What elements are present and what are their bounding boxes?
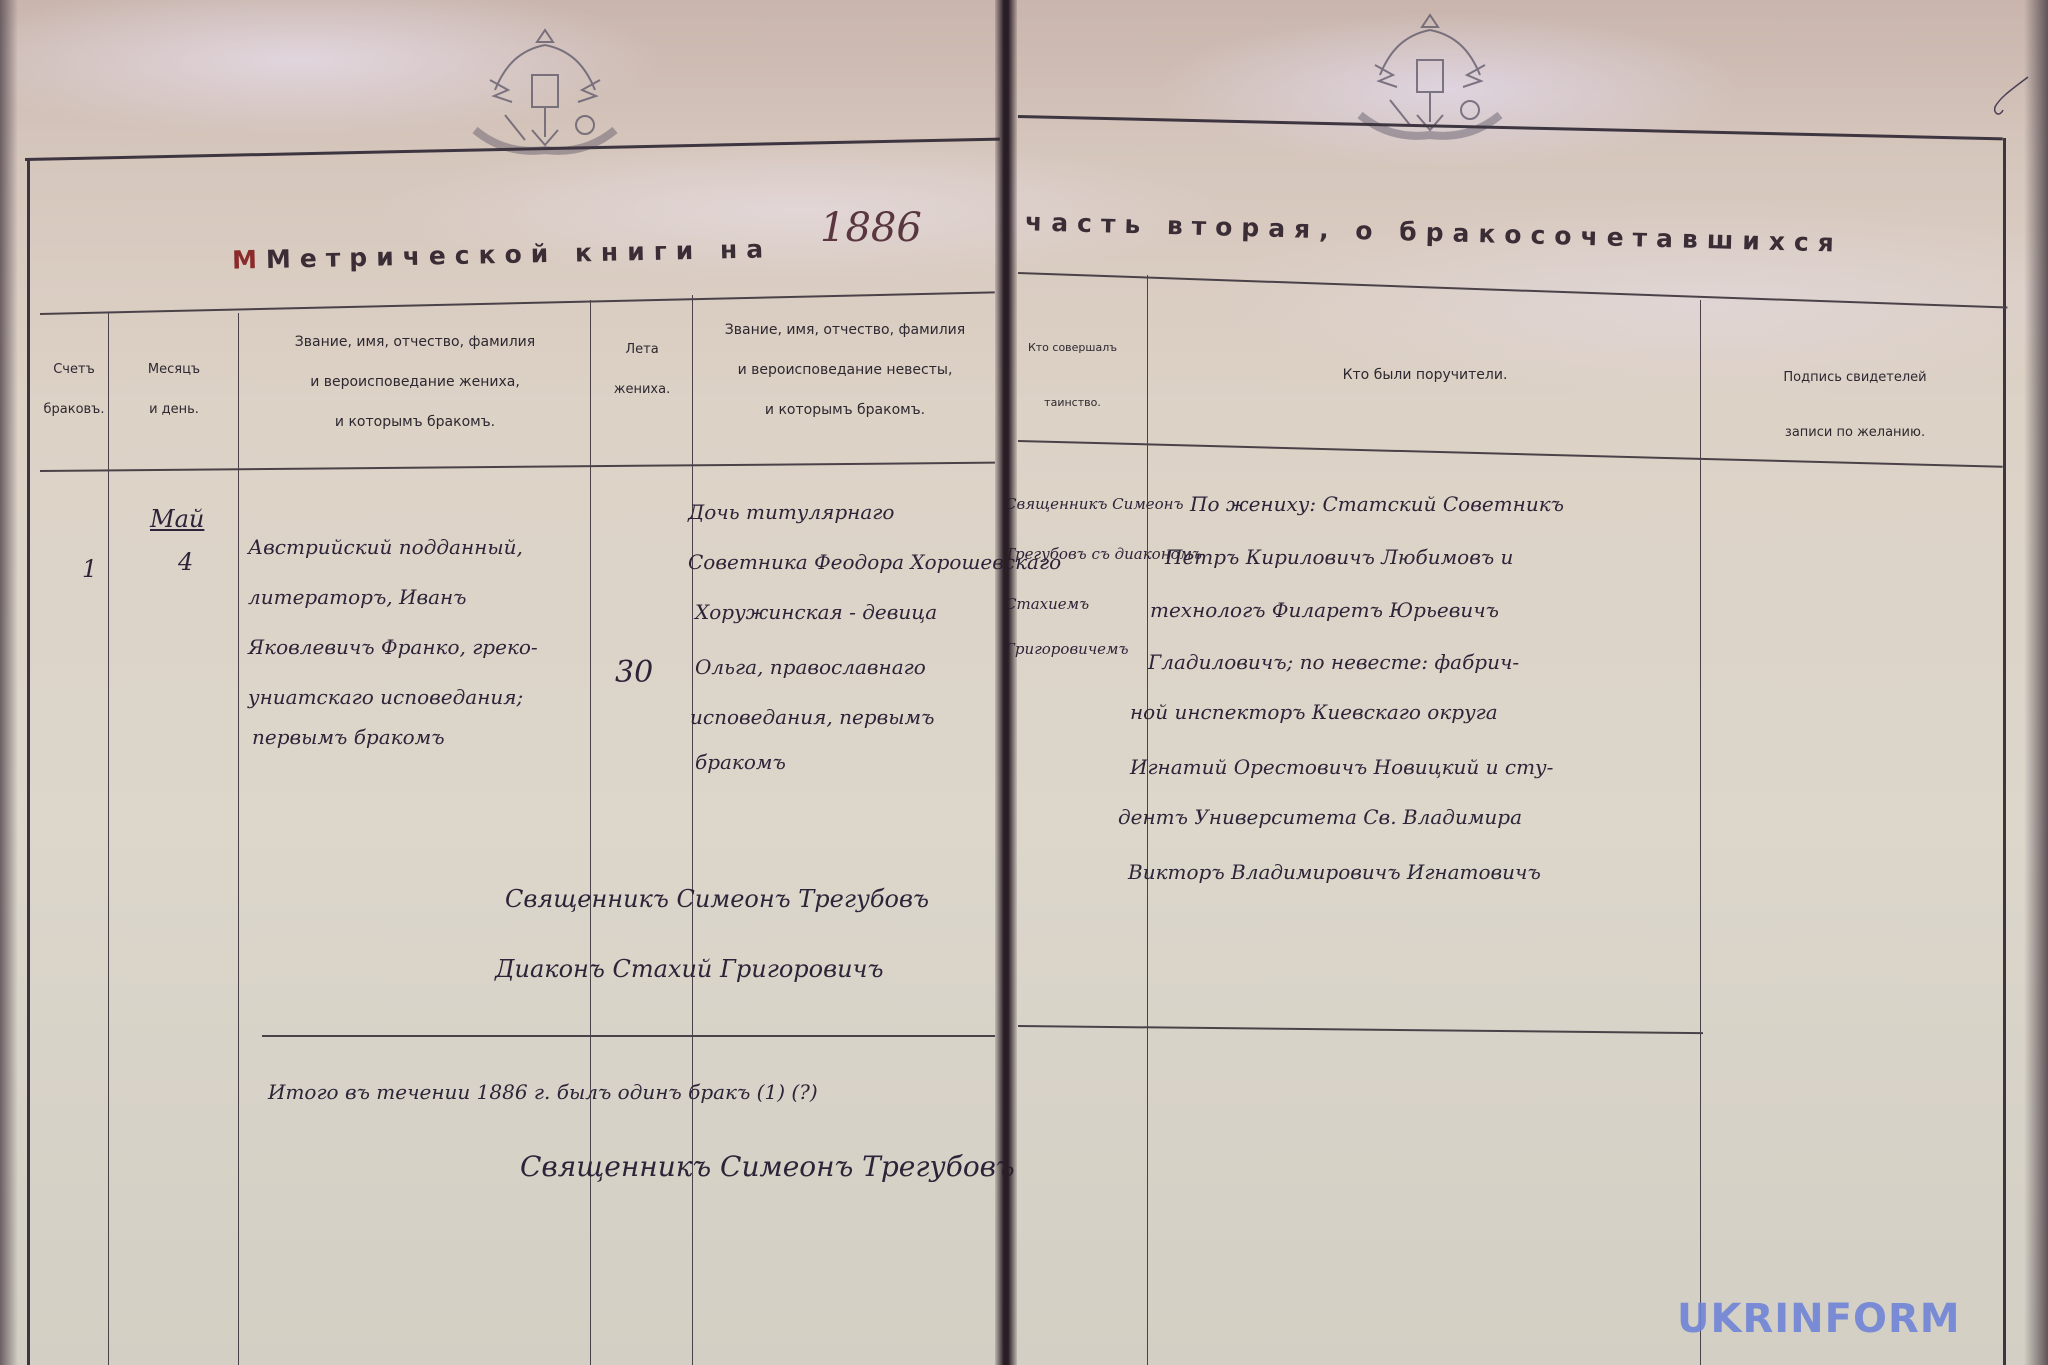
header-performed-by: Кто совершалъ таинство.: [1000, 320, 1145, 430]
book-spine: [995, 0, 1017, 1365]
header-bottom-line-left: [40, 462, 995, 472]
performed-by-line: Священникъ Симеонъ: [1005, 495, 1184, 513]
guarantor-line: Гладиловичъ; по невесте: фабрич-: [1148, 650, 1519, 674]
guarantor-line: Игнатий Орестовичъ Новицкий и сту-: [1130, 755, 1553, 779]
header-line: и вероисповедание невесты,: [695, 350, 995, 390]
performed-by-line: Григоровичемъ: [1005, 640, 1128, 658]
title-year: 1886: [820, 205, 922, 251]
header-line: Звание, имя, отчество, фамилия: [240, 322, 590, 362]
header-line: и которымъ бракомъ.: [240, 402, 590, 442]
title-left: ММетрической книги на: [232, 234, 773, 274]
bride-line: бракомъ: [695, 750, 786, 774]
header-line: Месяцъ: [112, 350, 236, 390]
guarantor-line: Викторъ Владимировичъ Игнатовичъ: [1128, 860, 1541, 884]
header-bride: Звание, имя, отчество, фамилия и вероисп…: [695, 310, 995, 430]
footer-summary: Итого въ течении 1886 г. былъ одинъ брак…: [268, 1080, 818, 1104]
groom-line: Австрийский подданный,: [248, 535, 523, 559]
header-groom: Звание, имя, отчество, фамилия и вероисп…: [240, 322, 590, 442]
open-register-book: ММетрической книги на 1886 часть вторая,…: [0, 0, 2048, 1365]
right-page-edge: [2024, 0, 2048, 1365]
frame-right: [2003, 138, 2006, 1365]
double-headed-eagle-crest-icon: [1355, 5, 1505, 155]
ink-mark-icon: [1990, 72, 2030, 122]
bride-line: исповедания, первымъ: [690, 705, 934, 729]
col-line: [692, 295, 693, 1365]
header-line: жениха.: [592, 370, 692, 410]
groom-line: литераторъ, Иванъ: [248, 585, 467, 609]
groom-line: первымъ бракомъ: [252, 725, 445, 749]
guarantor-line: дентъ Университета Св. Владимира: [1118, 805, 1522, 829]
header-line: и вероисповедание жениха,: [240, 362, 590, 402]
header-line: Счетъ: [40, 350, 108, 390]
header-groom-age: Лета жениха.: [592, 330, 692, 410]
header-line: записи по желанию.: [1705, 405, 2005, 460]
header-witness-signature: Подпись свидетелей записи по желанию.: [1705, 350, 2005, 460]
header-line: Кто совершалъ: [1000, 320, 1145, 375]
footer-divider-right: [1018, 1025, 1703, 1034]
ukrinform-watermark: UKRINFORM: [1677, 1296, 1961, 1342]
bride-line: Дочь титулярнаго: [688, 500, 894, 524]
title-left-text: Метрической книги на: [266, 234, 773, 274]
left-page-edge: [0, 0, 18, 1365]
groom-line: Яковлевичъ Франко, греко-: [248, 635, 538, 659]
title-right: часть вторая, о бракосочетавшихся: [1025, 207, 1843, 257]
header-line: Звание, имя, отчество, фамилия: [695, 310, 995, 350]
groom-age: 30: [615, 655, 653, 690]
bride-line: Хоружинская - девица: [695, 600, 937, 624]
frame-left: [27, 158, 30, 1365]
header-line: таинство.: [1000, 375, 1145, 430]
guarantor-line: технологъ Филаретъ Юрьевичъ: [1150, 598, 1499, 622]
guarantor-line: По жениху: Статский Советникъ: [1190, 492, 1564, 516]
header-guarantors: Кто были поручители.: [1150, 355, 1700, 395]
entry-month: Май: [150, 505, 204, 533]
title-initial: М: [232, 245, 266, 275]
header-line: Подпись свидетелей: [1705, 350, 2005, 405]
header-line: Кто были поручители.: [1150, 355, 1700, 395]
guarantor-line: Петръ Кириловичъ Любимовъ и: [1165, 545, 1513, 569]
header-line: Лета: [592, 330, 692, 370]
col-line: [590, 300, 591, 1365]
col-line: [108, 313, 109, 1365]
header-month-day: Месяцъ и день.: [112, 350, 236, 430]
entry-day: 4: [178, 548, 193, 576]
guarantor-line: ной инспекторъ Киевскаго округа: [1130, 700, 1498, 724]
footer-signature: Священникъ Симеонъ Трегубовъ: [520, 1150, 1015, 1183]
header-marriage-count: Счетъ браковъ.: [40, 350, 108, 430]
groom-line: униатскаго исповедания;: [248, 685, 523, 709]
bride-line: Ольга, православнаго: [695, 655, 926, 679]
deacon-signature: Диаконъ Стахий Григоровичъ: [495, 955, 883, 983]
frame-top-right: [1018, 115, 2003, 140]
header-top-line-right: [1018, 272, 2007, 309]
header-line: браковъ.: [40, 390, 108, 430]
header-line: и день.: [112, 390, 236, 430]
col-line: [238, 313, 239, 1365]
header-line: и которымъ бракомъ.: [695, 390, 995, 430]
footer-divider-left: [262, 1035, 995, 1037]
col-line: [1700, 300, 1701, 1365]
priest-signature: Священникъ Симеонъ Трегубовъ: [505, 885, 929, 913]
performed-by-line: Стахиемъ: [1005, 595, 1089, 613]
entry-number: 1: [82, 555, 97, 583]
